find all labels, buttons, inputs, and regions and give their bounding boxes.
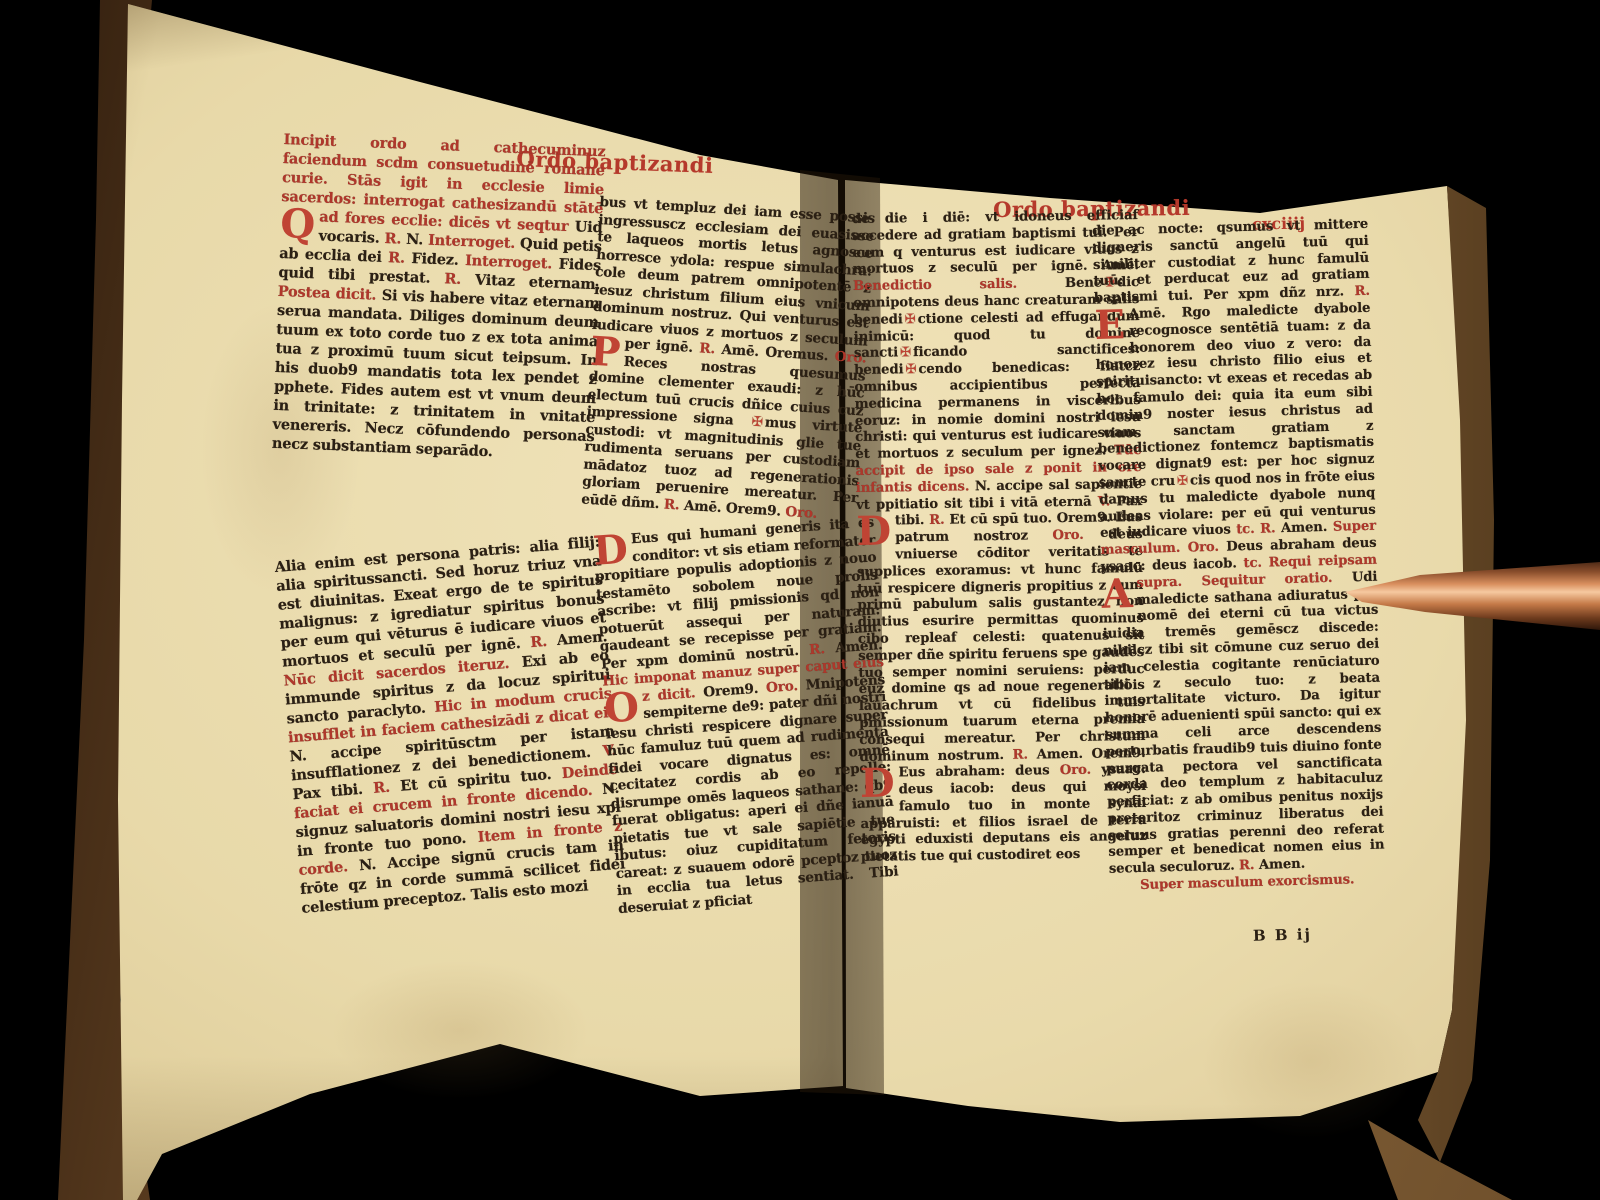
rubric-text: Interroget. <box>465 252 559 273</box>
rubric-text: R. <box>1239 858 1259 874</box>
maltese-cross-glyph: ✠ <box>1175 473 1190 488</box>
rubric-text: R. <box>699 340 722 357</box>
left-page-column-2-upper: bus vt templuz dei iam esse possis ingre… <box>581 194 876 525</box>
left-page-column-1-upper: Incipit ordo ad cathecuminuz faciendum s… <box>272 130 606 465</box>
rubric-text: R. <box>1013 747 1037 762</box>
body-text: Udi maledicte sathana adiuratus per nomē… <box>1103 569 1385 877</box>
rubric-text: R. <box>1354 284 1370 299</box>
body-text: Amen. <box>1281 520 1333 536</box>
rubric-text: R. <box>809 640 836 658</box>
rubric-text: tc. R. <box>1236 522 1281 538</box>
body-text: Mnipotens sempiterne de9: pater dñi nost… <box>605 671 898 916</box>
body-text: bus vt templuz dei iam esse possis ingre… <box>592 194 876 356</box>
rubric-text: R. <box>663 496 684 513</box>
left-page-column-2-lower: DEus qui humani generis ita es conditor:… <box>592 514 900 918</box>
rubric-text: R. <box>388 249 412 267</box>
rubric-text: R. <box>530 632 558 651</box>
body-text: Si vis habere vitaz eternam serua mandat… <box>272 287 600 460</box>
rubric-text: R. <box>373 778 401 797</box>
body-text: Eus abraham: deus <box>898 763 1060 780</box>
drop-cap-initial: E <box>1094 309 1125 342</box>
body-text: Fidez. <box>411 250 465 269</box>
rubric-text: Incipit ordo ad cathecuminuz faciendum s… <box>281 131 606 235</box>
maltese-cross-glyph: ✠ <box>903 312 918 327</box>
photograph-of-open-incunabula: Ordo baptizandi Ordo baptizandi cxciiij … <box>0 0 1600 1200</box>
body-text: Rgo maledicte dyabole recognosce sentēti… <box>1096 301 1375 491</box>
body-text: Amen. <box>1259 857 1306 873</box>
body-text: Amē. <box>1129 306 1182 322</box>
rubric-text: Oro. <box>766 677 807 696</box>
body-text: die ac nocte: qsumus vt mittere digneris… <box>1092 217 1370 306</box>
body-text: N. <box>406 231 429 249</box>
rubric-text: R. <box>444 270 475 288</box>
rubric-text: R. <box>929 513 949 528</box>
drop-cap-initial: D <box>860 768 895 800</box>
drop-cap-initial: O <box>603 691 640 725</box>
drop-cap-initial: A <box>1101 578 1133 611</box>
drop-cap-initial: D <box>856 516 891 548</box>
maltese-cross-glyph: ✠ <box>898 346 913 361</box>
rubric-text: Oro. <box>1060 763 1102 779</box>
drop-cap-initial: Q <box>280 208 316 241</box>
drop-cap-initial: P <box>589 336 621 370</box>
rubric-text: Postea dicit. <box>277 283 382 304</box>
rubric-text: Benedictio salis. <box>853 276 1065 294</box>
body-text: mus virtute custodi: vt magnitudinis gli… <box>581 415 863 512</box>
maltese-cross-glyph: ✠ <box>749 414 765 431</box>
rubric-text: R. <box>384 230 406 248</box>
left-page-column-1-lower: Alia enim est persona patris: alia filij… <box>274 532 627 917</box>
drop-cap-initial: D <box>592 534 629 568</box>
body-text: Et cū spū tuo. Orem9. <box>949 511 1115 528</box>
body-text: Vitaz eternam. <box>475 271 601 293</box>
signature-mark: B B ij <box>1253 925 1312 945</box>
rubric-text: Interroget. <box>428 232 521 253</box>
right-page-column-2: die ac nocte: qsumus vt mittere digneris… <box>1092 217 1385 896</box>
maltese-cross-glyph: ✠ <box>903 362 918 377</box>
